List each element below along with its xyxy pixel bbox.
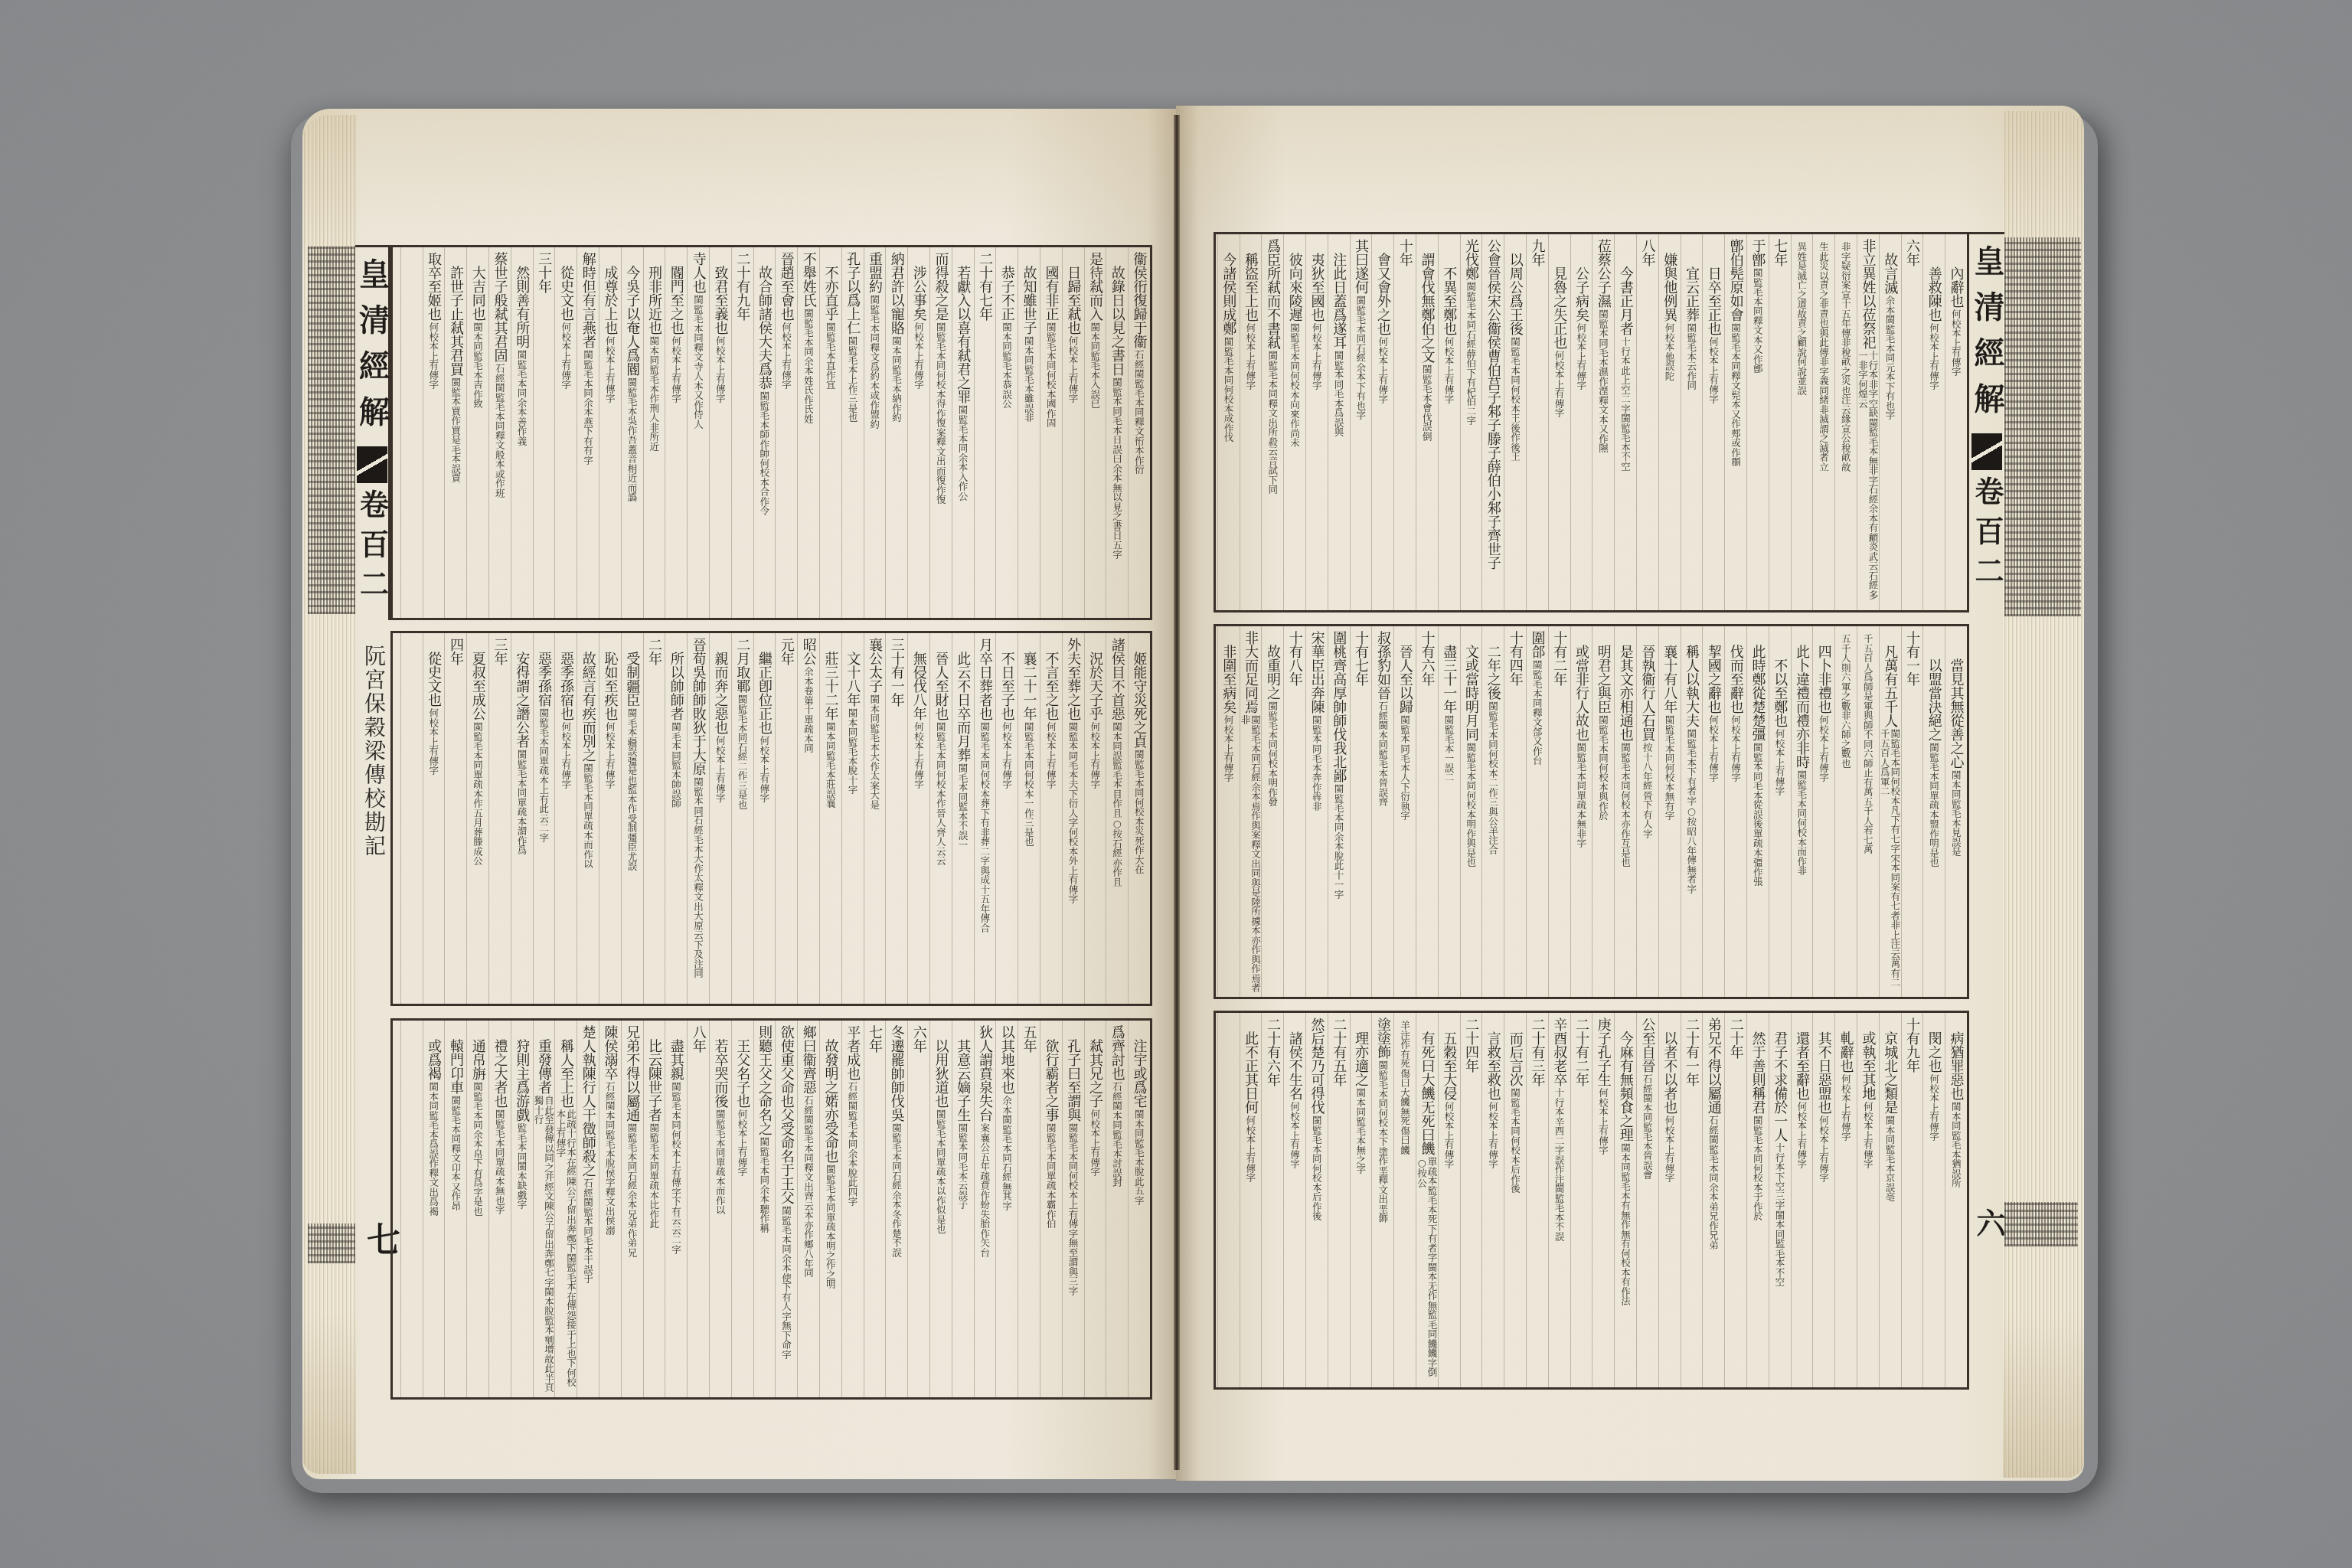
text-column: 襄二十一年 閩監毛本同何校本一作三是也 [1018, 633, 1040, 1004]
collation-note: 閩毛本同監本帥誤師 [671, 722, 681, 1001]
collation-note: 閩監毛本同余本燕下有有字 [583, 350, 593, 615]
entry-text: 文或當時明月同 [1464, 645, 1478, 741]
collation-note: 閩監毛本同何校本向來作尚未 [1289, 323, 1300, 607]
text-column: 三十年 [533, 247, 555, 618]
collation-note: 閩監毛本云作同 [1686, 323, 1697, 607]
text-column: 故重明之 閩監毛本同何校本明作發 [1262, 626, 1284, 997]
collation-note: 何校本上有傳字 [715, 736, 726, 1001]
entry-text: 刑非所近也 [647, 266, 661, 335]
text-column: 涉公事矣 何校本上有傳字 [907, 247, 929, 618]
text-column: 盡其親 閩監毛本同何校本上有傳字下有云云二字 [665, 1021, 687, 1397]
collation-note: 閩監毛本直作宜 [825, 322, 836, 615]
entry-text: 昭公 [802, 638, 815, 665]
text-column: 襄十有八年 閩監毛本同何校本無有字 [1658, 626, 1681, 997]
collation-note: 閩監毛本吳作吾蓋音相近而譌 [627, 377, 638, 615]
entry-text: 惡季孫宿也 [559, 652, 573, 720]
entry-text: 二十有二年 [1574, 1018, 1588, 1086]
collation-note: 何校本上有傳字 [560, 722, 571, 1001]
text-column: 十有六年 [1416, 626, 1438, 997]
text-column: 姬能守災死之貞 閩監毛本同何校本災死作大在 [1128, 633, 1150, 1004]
text-column: 塗塗飾 閩監毛本同何校本下塗作垩釋文出垩飾 [1371, 1013, 1393, 1387]
collation-note: 何校本上有傳字 [1841, 1074, 1851, 1384]
collation-note: 閩監毛本同何校本成作伐 [1223, 337, 1234, 607]
entry-text: 十有九年 [1905, 1018, 1919, 1073]
text-column: 閔之也 何校本上有傳字 [1922, 1013, 1945, 1387]
text-column: 爲齊討也 石經閩本同監毛本討誤封 [1106, 1021, 1128, 1397]
entry-text: 四卜非禮也 [1817, 645, 1831, 714]
entry-text: 閔之也 [1927, 1031, 1941, 1073]
collation-note: 何校本上有傳字 [1289, 1102, 1300, 1384]
collation-note: 何校本上有傳字 [1377, 337, 1388, 607]
entry-text: 或爲褐 [426, 1039, 440, 1080]
text-column: 不亦直乎 閩監毛本直作宜 [819, 247, 841, 618]
text-column: 月卒日葬者也 閩監毛本同何校本葬下有非葬二字與成十五年傳合 [974, 633, 996, 1004]
collation-note: 閩監毛本同何校本凡下有七字宋本同案有七者非上注云萬有二千五百人爲軍二 [1880, 729, 1900, 994]
entry-text: 以者不以者也 [1662, 1031, 1676, 1114]
collation-note: 非字疑衍案宣十五年傳非稅畝之災也注云緣宣公稅畝故 [1841, 242, 1851, 607]
entry-text: 二年 [647, 638, 661, 665]
collation-note: 閩本同監毛本見誤是 [1951, 770, 1962, 994]
bleed-through-header-marks [308, 247, 355, 614]
entry-text: 欲使重父命也父受命名于王父 [779, 1025, 793, 1204]
text-column: 不以至鄭也 何校本上有傳字 [1769, 626, 1791, 997]
text-column: 十有七年 [1350, 626, 1372, 997]
text-column: 從史文也 何校本上有傳字 [423, 633, 445, 1004]
text-column: 國有非正 閩監毛本同何校本國作固 [1040, 247, 1062, 618]
collation-note: 閩監毛本會伐誤倒 [1422, 364, 1432, 607]
text-column: 晉執衞行人石買 按十八年經晉下有人字 [1636, 626, 1658, 997]
text-column: 襄公太子 閩本同監毛本大作太案大是 [864, 633, 886, 1004]
collation-note: 石經閩監毛本同釋文出齊云本亦作鄉八年同 [803, 1096, 814, 1394]
collation-note: 閩監毛本同石經余本冬作楚不誤 [891, 1123, 902, 1394]
text-column: 恭子不正 閩本同監毛本恭誤公 [995, 247, 1018, 618]
entry-text: 二十有三年 [1530, 1018, 1543, 1086]
entry-text: 然后楚乃可得伐 [1309, 1018, 1323, 1114]
collation-note: 何校本上有傳字 [671, 336, 681, 615]
entry-text: 是待弒而入 [1088, 252, 1102, 321]
text-column: 文或當時明月同 閩監毛本同何校本明作與是也 [1460, 626, 1482, 997]
text-column: 庚子孔子生 何校本上有傳字 [1592, 1013, 1614, 1387]
collation-note: 閩監毛本同石經二作三是也 [737, 694, 748, 1001]
collation-note: 何校本上有傳字 [1046, 722, 1057, 1001]
entry-text: 辛酉叔老卒 [1552, 1018, 1566, 1086]
text-column: 晉荀吳帥師敗狄于大原 閩監本同石經毛本大作太釋文出大原云下及注同 [687, 633, 709, 1004]
text-column: 此時鄭從楚楚彊 閩監本同毛本從誤後單疏本彊作張 [1746, 626, 1769, 997]
entry-text: 諸侯不生名 [1288, 1031, 1302, 1100]
collation-note: 案襄公五年疏賁作蚡失胎作矢台 [979, 1123, 990, 1394]
text-column: 然后楚乃可得伐 閩監毛本同何校本后作後 [1305, 1013, 1328, 1387]
text-column: 謂會伐無鄭伯之文 閩監毛本會伐誤倒 [1416, 234, 1438, 610]
text-column: 五千人則六軍之數非六師之數也 [1834, 626, 1857, 997]
entry-text: 彼向來陵遲 [1288, 253, 1302, 322]
entry-text: 二十有九年 [735, 252, 749, 321]
entry-text: 七年 [867, 1025, 881, 1053]
text-column: 外夫至葬之也 閩監本同毛本夫下衍人字何校本外上有傳字 [1062, 633, 1084, 1004]
collation-note: 余本閩監毛本同元本下有也字 [1884, 296, 1895, 607]
entry-text: 不亦直乎 [823, 266, 837, 321]
entry-text: 此時鄭從楚楚彊 [1750, 645, 1764, 741]
text-column: 刑非所近也 閩本同監毛本作刑人非所近 [643, 247, 665, 618]
collation-note: 何校本上有傳字 [913, 722, 924, 1001]
entry-text: 挈國之辭也 [1707, 645, 1720, 714]
text-column: 以盟當決絕之 閩監毛本同單疏本盟作明是也 [1922, 626, 1945, 997]
text-column: 非字疑衍案宣十五年傳非稅畝之災也注云緣宣公稅畝故 [1834, 234, 1857, 610]
text-column: 君子不求備於一人 十行本下空三字閩本同監毛本不空 [1769, 1013, 1791, 1387]
page-right-top-tint [1176, 106, 2084, 228]
text-column: 理亦適之 閩本同監毛本無之字 [1350, 1013, 1372, 1387]
collation-note: 閩監毛本同單疏本無非字 [1576, 743, 1586, 994]
collation-note: 自此至發傳以同之并經文陳公子留出奔鄭七字閩本脫監本剜增故此半頁獨十行 [534, 1096, 554, 1394]
text-column: 言救至救也 何校本上有傳字 [1481, 1013, 1504, 1387]
entry-text: 文十八年 [845, 652, 859, 707]
collation-note: 閩監本同石經毛本大作太釋文出大原云下及注同 [693, 777, 704, 1001]
collation-note: 石經閩監毛本同釋文般本或作班 [495, 364, 505, 615]
text-column: 今書正月者 十行本此上空二字閩監毛本不空 [1614, 234, 1636, 610]
entry-text: 于鄫 [1750, 239, 1764, 266]
text-column: 五年 [1018, 1021, 1040, 1397]
entry-text: 解時但有言燕者 [581, 252, 595, 348]
text-column: 羊注作有死傷曰大饑無死傷曰饑 [1393, 1013, 1416, 1387]
collation-note: 閩監毛本同何校本上有傳字無至謂與三字 [1067, 1123, 1078, 1394]
collation-note: 閩監毛本同單疏本盟作明是也 [1929, 743, 1939, 994]
text-column: 閽門至之也 何校本上有傳字 [665, 247, 687, 618]
collation-note: 石經閩監毛本同釋文衎本作衍 [1134, 350, 1145, 615]
entry-text: 內辭也 [1949, 266, 1963, 308]
collation-note: 閩監毛本同石經余本焉作與案釋文出同與是陸所據本亦作與作焉者非 [1240, 715, 1261, 994]
entry-text: 外夫至葬之也 [1066, 638, 1080, 720]
entry-text: 以盟當決絕之 [1927, 658, 1941, 741]
entry-text: 狩則主爲游戲 [514, 1039, 528, 1122]
text-column: 冬遷罷帥師伐吳 閩監毛本同石經余本冬作楚不誤 [885, 1021, 907, 1397]
entry-text: 九年 [1530, 239, 1543, 266]
text-column: 若獻入以喜有弒君之罪 閩監毛本同余本入作公 [952, 247, 974, 618]
collation-note: 閩本同誤監毛本目作且○按石經亦作且 [1112, 722, 1122, 1001]
collation-note: 何校本上有傳字 [1708, 337, 1719, 607]
entry-text: 晉執衞行人石買 [1640, 645, 1654, 741]
header-volume: 卷百二 [1972, 476, 2001, 596]
text-column: 陳侯溺卒 石經閩本同監毛本脫侯字釋文出侯溺 [599, 1021, 621, 1397]
text-column: 惡季孫宿 閩監毛本同單疏本上有此云二字 [533, 633, 555, 1004]
text-column: 圍桃齊高厚帥師伐我北鄙 閩監毛本同余本脫此十一字 [1328, 626, 1350, 997]
text-column: 伐而至辭也 何校本上有傳字 [1724, 626, 1746, 997]
collation-note: 閩監毛本同余本使下有人字無下命字 [781, 1206, 792, 1394]
band-columns: 當見其無從善之心 閩本同監毛本見誤是 以盟當決絕之 閩監毛本同單疏本盟作明是也 … [1216, 626, 1967, 997]
collation-note: 閩本同監毛本爲誤作釋文出爲褐 [428, 1082, 439, 1394]
collation-note: 何校本上有傳字 [1708, 715, 1719, 994]
text-column: 稱人以執大夫 閩監毛本下有者字○按昭八年傳無者字 [1681, 626, 1703, 997]
collation-note: 十行本此上空二字閩監毛本不空 [1620, 337, 1631, 607]
entry-text: 叔孫豹如晉 [1376, 631, 1390, 700]
text-column: 然則善有所明 閩監毛本同余本善作義 [511, 247, 533, 618]
entry-text: 故合師諸侯大夫爲恭 [757, 266, 771, 390]
collation-note: 閩監本同毛本云誤子 [957, 1123, 968, 1394]
collation-note: 閩監毛本同單疏本無也字 [495, 1109, 505, 1394]
collation-note: 閩監本同毛本人下衍執字 [1400, 715, 1410, 994]
text-column: 兄弟不得以屬通 閩監毛本同石經余本兄弟作弟兄 [621, 1021, 643, 1397]
entry-text: 重盟約 [867, 252, 881, 293]
collation-note: 閩監毛本下有者字○按昭八年傳無者字 [1686, 729, 1697, 994]
text-column: 公子病矣 何校本上有傳字 [1570, 234, 1592, 610]
entry-text: 注此日蓋爲遂耳 [1331, 253, 1345, 349]
collation-note: 十行本非字空缺閩監毛本無非字石經余本有顧炎武云石經多一非字何煌云 [1857, 351, 1878, 607]
text-column: 弟兄不得以屬通 石經閩監毛本同余本弟兄作兄弟 [1702, 1013, 1724, 1387]
text-column: 鄉曰衞齊惡 石經閩監毛本同釋文出齊云本亦作鄉八年同 [797, 1021, 819, 1397]
entry-text: 親而奔之惡也 [713, 652, 727, 734]
text-column: 故經言有疾而別之 閩監毛本同單疏本而作以 [577, 633, 599, 1004]
entry-text: 受制疆臣 [625, 652, 639, 707]
collation-note: 何校本上有傳字 [781, 322, 792, 615]
entry-text: 繼正卽位正也 [757, 652, 771, 734]
collation-note: 生此災以責之非責也與此傳非字義同緒非滅謂之滅者立 [1818, 242, 1829, 607]
text-column: 三年 [488, 633, 511, 1004]
text-column: 或執至其地 何校本上有傳字 [1857, 1013, 1879, 1387]
entry-text: 今吳子以奄人爲閽 [625, 266, 639, 376]
text-column: 非圍至病矣 何校本上有傳字 [1217, 626, 1240, 997]
collation-note: 閩監毛本一誤二 [1444, 715, 1455, 994]
text-column: 今諸侯則成鄭 閩監毛本同何校本成作伐 [1217, 234, 1240, 610]
collation-note: 單疏本監毛本死下有者字閩本无作無監毛同饑饑字倒○按公 [1416, 1157, 1437, 1384]
entry-text: 狄人謂賁泉失台 [978, 1025, 991, 1122]
text-column: 楚人執陳行人干徵師殺之 石經閩監本同毛本干誤于 [577, 1021, 599, 1397]
text-column: 四年 [445, 633, 467, 1004]
text-column: 叔孫豹如晉 石經閩本同監毛本晉誤齊 [1371, 626, 1393, 997]
collation-note: 閩監毛本同單疏本謂作爲 [517, 750, 528, 1001]
text-column: 日卒至正也 何校本上有傳字 [1702, 234, 1724, 610]
collation-note: 石經閩監毛本同余本弟兄作兄弟 [1708, 1116, 1719, 1384]
text-column: 以者不以者也 何校本上有傳字 [1658, 1013, 1681, 1387]
entry-text: 冬遷罷帥師伐吳 [890, 1025, 903, 1122]
text-column: 六年 [1901, 234, 1923, 610]
entry-text: 公子病矣 [1574, 266, 1588, 322]
text-column: 諸侯不生名 何校本上有傳字 [1283, 1013, 1305, 1387]
text-column: 彼向來陵遲 閩監毛本同何校本向來作尚未 [1283, 234, 1305, 610]
text-band-right-lower: 病猶罪惡也 閩本同監毛本猶誤所 閔之也 何校本上有傳字 十有九年 京城北之類是 … [1214, 1011, 1969, 1390]
header-title: 皇清經解 [357, 258, 387, 442]
text-column: 不異至鄭也 何校本上有傳字 [1438, 234, 1460, 610]
text-column: 宋華臣出奔陳 閩監本同毛本奔作犇非 [1305, 626, 1328, 997]
text-column: 致君至義也 何校本上有傳字 [709, 247, 731, 618]
text-column: 欲使重父命也父受命名于王父 閩監毛本同余本使下有人字無下命字 [775, 1021, 797, 1397]
text-column: 十有一年 [1901, 626, 1923, 997]
collation-note: 閩毛本疆誤彊是也監本作受制彊臣尤誤 [627, 708, 638, 1001]
text-column: 非立異姓以莅祭祀 十行本非字空缺閩監毛本無非字石經余本有顧炎武云石經多一非字何煌… [1857, 234, 1879, 610]
bleed-through-header-marks [2004, 237, 2081, 616]
entry-text: 稱人以執大夫 [1684, 645, 1698, 727]
band-columns: 姬能守災死之貞 閩監毛本同何校本災死作大在 諸侯目不首惡 閩本同誤監毛本目作且○… [393, 633, 1150, 1004]
text-column: 圍郃 閩監毛本同釋文郃又作台 [1526, 626, 1548, 997]
header-volume: 卷百二 [358, 489, 387, 609]
collation-note: 閩監毛本同何校本王後作後王 [1510, 337, 1521, 607]
collation-note: 何校本上有傳字 [1929, 1074, 1939, 1384]
entry-text: 伐而至辭也 [1729, 645, 1743, 714]
entry-text: 非圍至病矣 [1221, 645, 1235, 714]
collation-note: 閩監毛本同單疏本而作以 [715, 1109, 726, 1394]
collation-note: 閩監毛本同釋文郃又作台 [1532, 660, 1543, 994]
text-column: 二十有五年 [1328, 1013, 1350, 1387]
text-band-left-upper: 衞侯衎復歸于衞 石經閩監毛本同釋文衎本作衍 故錄日以見之書日 閩監本同毛本日誤曰… [390, 245, 1152, 620]
text-column: 有死曰大饑无死曰饑 單疏本監毛本死下有者字閩本无作無監毛同饑饑字倒○按公 [1416, 1013, 1438, 1387]
collation-note: 閩監本同毛本濕作溼釋文本又作隰 [1598, 309, 1609, 607]
entry-text: 晉人至以歸 [1398, 645, 1412, 714]
collation-note: 閩監毛本同何校本得作復案釋文出而復作復 [936, 322, 946, 615]
collation-note: 閩監毛本師作帥何校本合作令 [759, 391, 769, 615]
text-column: 內辭也 何校本上有傳字 [1945, 234, 1967, 610]
entry-text: 衞侯衎復歸于衞 [1132, 252, 1146, 348]
text-column: 比云陳世子者 閩監毛本同單疏本比作此 [643, 1021, 665, 1397]
collation-note: 何校本上有傳字 [1774, 729, 1785, 994]
collation-note: 閩本同監毛本脫此五字 [1134, 1109, 1145, 1394]
text-column: 稱人至上也 此疏十行本在經陳公子留出奔鄭下閩監毛本在傳怨接于上也下何校本上有傳字 [554, 1021, 577, 1397]
collation-note: 閩監毛本同釋文卬本又作昂 [450, 1096, 461, 1394]
text-column: 孔子曰至謂與 閩監毛本同何校本上有傳字無至謂與三字 [1062, 1021, 1084, 1397]
text-column: 京城北之類是 閩本同監毛本京誤亳 [1879, 1013, 1901, 1387]
collation-note: 閩監毛本同單疏本以作似是也 [936, 1109, 946, 1394]
collation-note: 何校本上有傳字 [1001, 722, 1012, 1001]
entry-text: 從史文也 [426, 652, 440, 707]
collation-note: 閩監毛本同單疏本比作此 [648, 1123, 659, 1394]
entry-text: 十有一年 [1905, 631, 1919, 686]
entry-text: 成尊於上也 [603, 266, 616, 335]
collation-note: 閩本同監毛本無之字 [1355, 1088, 1366, 1384]
text-column: 十有二年 [1548, 626, 1570, 997]
collation-note: 閩監毛本同單疏本作五月葬滕成公 [472, 722, 483, 1001]
collation-note: 閩本同監毛本雖誤非 [1024, 336, 1034, 615]
collation-note: 閩監毛本同何校本后作後 [1312, 1116, 1322, 1384]
entry-text: 弒其兄之子 [1088, 1039, 1102, 1108]
entry-text: 十有四年 [1508, 631, 1522, 686]
collation-note: 十行本辛酉二字誤作注閩監毛本不誤 [1554, 1088, 1565, 1384]
entry-text: 理亦適之 [1354, 1031, 1367, 1086]
fishtail-mark-icon [357, 446, 387, 483]
entry-text: 而后言次 [1508, 1031, 1522, 1086]
entry-text: 二十有七年 [978, 252, 991, 321]
entry-text: 還者至辭也 [1795, 1031, 1808, 1100]
text-column: 七年 [864, 1021, 886, 1397]
collation-note: 閩本同監毛本納作約 [891, 336, 902, 615]
text-column: 或爲褐 閩本同監毛本爲誤作釋文出爲褐 [423, 1021, 445, 1397]
entry-text: 許世子止弒其君買 [449, 266, 462, 376]
collation-note: 閩監毛本同何校本災死作大在 [1134, 750, 1145, 1001]
text-column: 公至自晉 石經閩本同監毛本晉誤會 [1636, 1013, 1658, 1387]
text-column: 八年 [1636, 234, 1658, 610]
collation-note: 石經閩本同監毛本討誤封 [1112, 1082, 1122, 1394]
band-columns: 注宇或爲宅 閩本同監毛本脫此五字 爲齊討也 石經閩本同監毛本討誤封 弒其兄之子 … [393, 1021, 1150, 1397]
entry-text: 六年 [912, 1025, 926, 1053]
text-column: 蔡世子般弒其君固 石經閩監毛本同釋文般本或作班 [488, 247, 511, 618]
entry-text: 莅蔡公子濕 [1596, 239, 1610, 308]
entry-text: 若卒哭而後 [713, 1039, 727, 1108]
collation-note: 何校本上有傳字 [1730, 715, 1741, 994]
text-column: 納君許以寵賂 閩本同監毛本納作約 [885, 247, 907, 618]
text-column: 二十有一年 [1681, 1013, 1703, 1387]
entry-text: 故錄日以見之書日 [1110, 266, 1124, 376]
text-column: 而得殺之是 閩監毛本同何校本得作復案釋文出而復作復 [929, 247, 952, 618]
entry-text: 鄉曰衞齊惡 [802, 1025, 815, 1094]
collation-note: 閩監毛本同釋文出所殺云音試下同 [1267, 351, 1278, 607]
entry-text: 通帛旃 [471, 1039, 485, 1080]
collation-note: 閩本同監毛本猶誤所 [1951, 1102, 1962, 1384]
entry-text: 嫌與他例異 [1662, 253, 1676, 322]
text-column: 見魯之失正也 何校本上有傳字 [1548, 234, 1570, 610]
entry-text: 故重明之 [1266, 645, 1279, 700]
collation-note: 閩監毛本同釋文髡本又作郟或作頵 [1730, 323, 1741, 607]
collation-note: 石經閩本同監毛本晉誤齊 [1377, 701, 1388, 994]
text-column: 二年之後 閩監毛本同何校本二作三與公羊注合 [1481, 626, 1504, 997]
text-column: 昭公 余本卷第十單疏本同 [797, 633, 819, 1004]
text-column: 二十有七年 [974, 247, 996, 618]
entry-text: 以周公爲王後 [1508, 253, 1522, 335]
text-column: 七年 [1769, 234, 1791, 610]
entry-text: 襄十有八年 [1662, 645, 1676, 714]
collation-note: 何校本上有傳字 [605, 722, 616, 1001]
entry-text: 四年 [449, 638, 462, 665]
text-column: 夏叔至成公 閩監毛本同單疏本作五月葬滕成公 [466, 633, 488, 1004]
text-column: 諸侯目不首惡 閩本同誤監毛本目作且○按石經亦作且 [1106, 633, 1128, 1004]
collation-note: 閩本同監毛本吉作致 [472, 322, 483, 615]
text-column: 異姓是滅亡之道故責之顧說何說並誤 [1791, 234, 1813, 610]
collation-note: 何校本上有傳字 [1223, 715, 1234, 994]
collation-note: 閩本同監毛本有無作無有何校本有作法 [1620, 1143, 1631, 1384]
text-band-right-middle: 當見其無從善之心 閩本同監毛本見誤是 以盟當決絕之 閩監毛本同單疏本盟作明是也 … [1214, 624, 1969, 999]
collation-note: 何校本上有傳字 [1089, 722, 1100, 1001]
text-column: 故合師諸侯大夫爲恭 閩監毛本師作帥何校本合作令 [753, 247, 776, 618]
entry-text: 安得謂之譖公者 [514, 652, 528, 748]
collation-note: 閩本同監毛本入誤已 [1089, 322, 1100, 615]
entry-text: 公至自晉 [1640, 1018, 1654, 1073]
entry-text: 惡季孫宿 [537, 652, 550, 707]
entry-text: 平者成也 [845, 1025, 859, 1080]
entry-text: 京城北之類是 [1883, 1031, 1896, 1114]
text-column: 二十有六年 [1262, 1013, 1284, 1387]
entry-text: 是其文亦相通也 [1619, 645, 1632, 741]
entry-text: 非大而足同焉 [1243, 631, 1257, 714]
text-column: 況於天子乎 何校本上有傳字 [1084, 633, 1106, 1004]
text-column: 故發明之婼亦受命也 閩監毛本同單疏本明之作之明 [819, 1021, 841, 1397]
text-column: 鄫伯髡原如會 閩監毛本同釋文髡本又作郟或作頵 [1724, 234, 1746, 610]
text-column: 惡季孫宿也 何校本上有傳字 [554, 633, 577, 1004]
text-column: 夷狄至國也 何校本上有傳字 [1305, 234, 1328, 610]
text-column: 若卒哭而後 閩監毛本同單疏本而作以 [709, 1021, 731, 1397]
text-column: 五穀至大侵 何校本上有傳字 [1438, 1013, 1460, 1387]
entry-text: 三年 [492, 638, 506, 665]
text-column: 不日至子也 何校本上有傳字 [995, 633, 1018, 1004]
text-column: 挈國之辭也 何校本上有傳字 [1702, 626, 1724, 997]
entry-text: 若獻入以喜有弒君之罪 [955, 266, 969, 403]
collation-note: 何校本上有傳字 [1245, 1116, 1256, 1384]
entry-text: 故知雖世子 [1022, 266, 1036, 335]
collation-note: 閩監毛本同何校本葬下有非葬二字與成十五年傳合 [979, 722, 990, 1001]
collation-note: 閩監毛本同余本帛下有爲字是也 [472, 1082, 483, 1394]
collation-note: 何校本上有傳字 [759, 736, 769, 1001]
text-column: 轅門卬車 閩監毛本同釋文卬本又作昂 [445, 1021, 467, 1397]
entry-text: 王父名子也 [735, 1039, 749, 1108]
text-column: 通帛旃 閩監毛本同余本帛下有爲字是也 [466, 1021, 488, 1397]
entry-text: 恭子不正 [1000, 266, 1014, 321]
entry-text: 八年 [1640, 239, 1654, 266]
text-column: 晉趙至會也 何校本上有傳字 [775, 247, 797, 618]
text-column: 嫌與他例異 何校本他誤陀 [1658, 234, 1681, 610]
entry-text: 禮之大者也 [492, 1039, 506, 1108]
text-column: 還者至辭也 何校本上有傳字 [1791, 1013, 1813, 1387]
page-left-top-tint [302, 109, 1183, 231]
entry-text: 稱人至上也 [559, 1039, 573, 1108]
collation-note: 閩本同監毛本京誤亳 [1884, 1116, 1895, 1384]
text-column: 十年 [1393, 234, 1416, 610]
collation-note: 監毛本同閩本缺戲字 [517, 1123, 528, 1394]
entry-text: 庚子孔子生 [1596, 1018, 1610, 1086]
text-column: 晉人至財也 閩監毛本同何校本作晉人齊人云云 [929, 633, 952, 1004]
text-column: 莅蔡公子濕 閩監本同毛本濕作溼釋文本又作隰 [1592, 234, 1614, 610]
